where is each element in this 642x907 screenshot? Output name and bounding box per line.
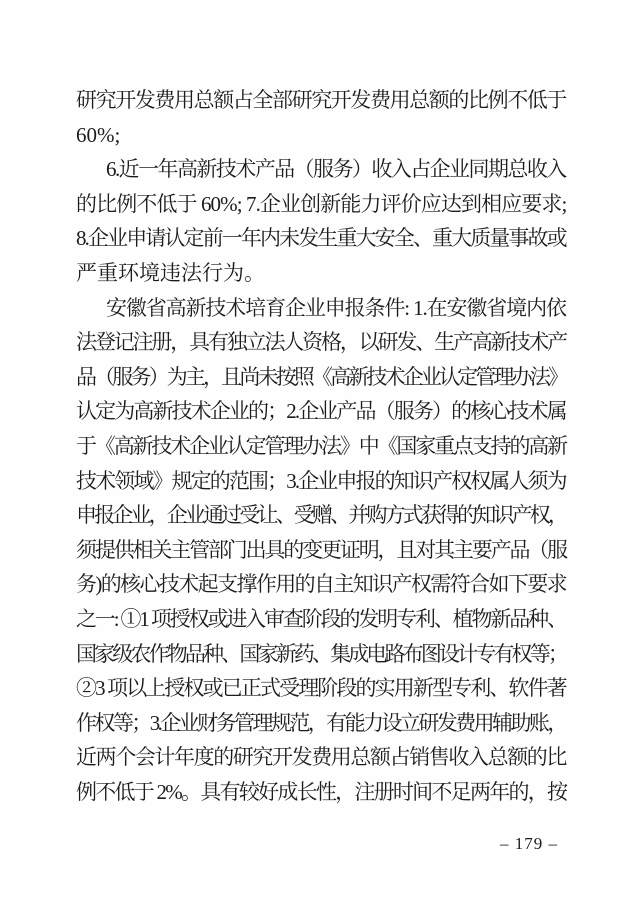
text-line-content: 之一: ①1 项授权或进入审查阶段的发明专利、植物新品种、	[76, 602, 566, 637]
text-line-content: 的比例不低于 60%; 7.企业创新能力评价应达到相应要求;	[76, 187, 566, 222]
text-line: 于《高新技术企业认定管理办法》中《国家重点支持的高新	[76, 429, 566, 464]
text-line: 严重环境违法行为。	[76, 256, 566, 291]
text-line: 认定为高新技术企业的；2.企业产品（服务）的核心技术属	[76, 394, 566, 429]
text-line: 作权等；3.企业财务管理规范，有能力设立研发费用辅助账，	[76, 706, 566, 741]
text-line-content: 6.近一年高新技术产品（服务）收入占企业同期总收入	[76, 152, 566, 187]
text-line: 国家级农作物品种、国家新药、集成电路布图设计专有权等；	[76, 637, 566, 672]
page-number: – 179 –	[500, 834, 558, 854]
text-line: 技术领域》规定的范围；3.企业申报的知识产权权属人须为	[76, 464, 566, 499]
text-line-content: 法登记注册，具有独立法人资格，以研发、生产高新技术产	[76, 325, 566, 360]
text-line: 安徽省高新技术培育企业申报条件: 1.在安徽省境内依	[76, 291, 566, 326]
text-line: 务)的核心技术起支撑作用的自主知识产权需符合如下要求	[76, 567, 566, 602]
text-line-content: 认定为高新技术企业的；2.企业产品（服务）的核心技术属	[76, 394, 566, 429]
text-line: ②3 项以上授权或已正式受理阶段的实用新型专利、软件著	[76, 671, 566, 706]
text-line-content: 须提供相关主管部门出具的变更证明，且对其主要产品（服	[76, 533, 566, 568]
text-line: 8.企业申请认定前一年内未发生重大安全、重大质量事故或	[76, 221, 566, 256]
text-line: 法登记注册，具有独立法人资格，以研发、生产高新技术产	[76, 325, 566, 360]
text-line: 须提供相关主管部门出具的变更证明，且对其主要产品（服	[76, 533, 566, 568]
text-line: 近两个会计年度的研究开发费用总额占销售收入总额的比	[76, 740, 566, 775]
text-line: 60%;	[76, 118, 566, 153]
text-line-content: ②3 项以上授权或已正式受理阶段的实用新型专利、软件著	[76, 671, 566, 706]
text-line-content: 研究开发费用总额占全部研究开发费用总额的比例不低于	[76, 83, 566, 118]
text-line: 品（服务）为主，且尚未按照《高新技术企业认定管理办法》	[76, 360, 566, 395]
text-line-content: 近两个会计年度的研究开发费用总额占销售收入总额的比	[76, 740, 566, 775]
text-line: 6.近一年高新技术产品（服务）收入占企业同期总收入	[76, 152, 566, 187]
text-line-content: 安徽省高新技术培育企业申报条件: 1.在安徽省境内依	[76, 291, 566, 326]
text-line-content: 严重环境违法行为。	[76, 256, 265, 291]
text-line: 例不低于 2%。具有较好成长性，注册时间不足两年的，按	[76, 775, 566, 810]
text-line-content: 60%;	[76, 118, 120, 153]
text-line-content: 8.企业申请认定前一年内未发生重大安全、重大质量事故或	[76, 221, 566, 256]
text-line-content: 务)的核心技术起支撑作用的自主知识产权需符合如下要求	[76, 567, 566, 602]
text-line-content: 申报企业，企业通过受让、受赠、并购方式获得的知识产权，	[76, 498, 566, 533]
text-line: 的比例不低于 60%; 7.企业创新能力评价应达到相应要求;	[76, 187, 566, 222]
text-line: 研究开发费用总额占全部研究开发费用总额的比例不低于	[76, 83, 566, 118]
text-line-content: 于《高新技术企业认定管理办法》中《国家重点支持的高新	[76, 429, 566, 464]
document-page: 研究开发费用总额占全部研究开发费用总额的比例不低于 60%; 6.近一年高新技术…	[0, 0, 642, 907]
text-line: 申报企业，企业通过受让、受赠、并购方式获得的知识产权，	[76, 498, 566, 533]
text-line-content: 品（服务）为主，且尚未按照《高新技术企业认定管理办法》	[76, 360, 566, 395]
text-line: 之一: ①1 项授权或进入审查阶段的发明专利、植物新品种、	[76, 602, 566, 637]
body-text-block: 研究开发费用总额占全部研究开发费用总额的比例不低于 60%; 6.近一年高新技术…	[76, 83, 566, 809]
text-line-content: 作权等；3.企业财务管理规范，有能力设立研发费用辅助账，	[76, 706, 566, 741]
text-line-content: 技术领域》规定的范围；3.企业申报的知识产权权属人须为	[76, 464, 566, 499]
text-line-content: 例不低于 2%。具有较好成长性，注册时间不足两年的，按	[76, 775, 566, 810]
text-line-content: 国家级农作物品种、国家新药、集成电路布图设计专有权等；	[76, 637, 566, 672]
